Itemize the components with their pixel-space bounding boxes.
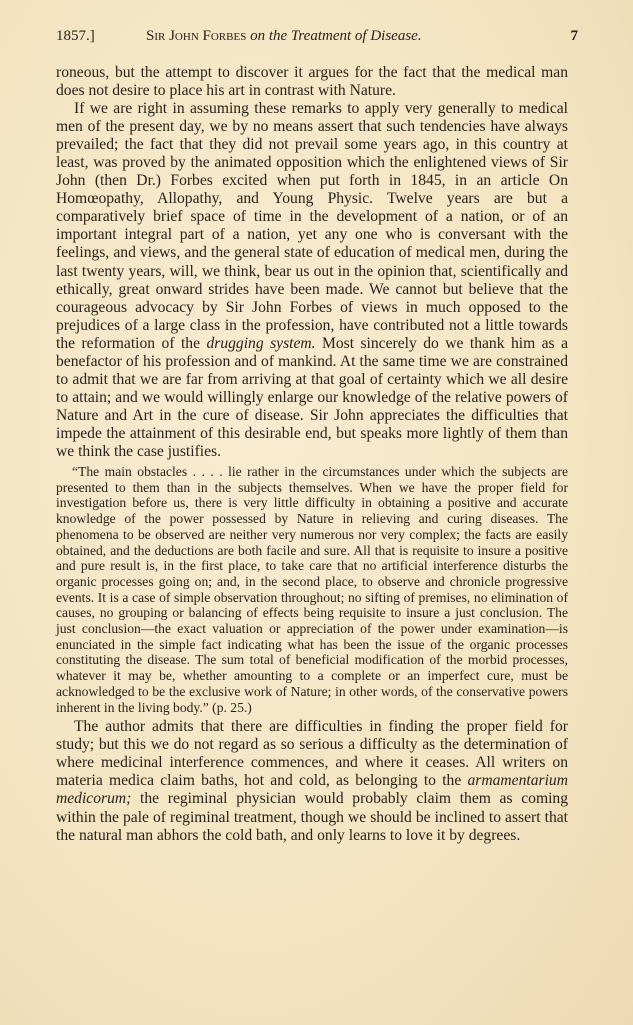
paragraph-1: roneous, but the attempt to discover it …: [56, 64, 568, 100]
paragraph-2-italic: drugging system.: [206, 335, 315, 352]
running-head: 1857.] Sir John Forbes on the Treatment …: [56, 28, 568, 52]
paragraph-2-rest: Most sincerely do we thank him as a bene…: [56, 335, 568, 460]
block-quote: “The main obstacles . . . . lie rather i…: [56, 464, 568, 715]
paragraph-2-text: If we are right in assuming these remark…: [56, 100, 568, 352]
paragraph-3-rest: the regiminal physician would probably c…: [56, 790, 568, 843]
book-page: 1857.] Sir John Forbes on the Treatment …: [56, 28, 568, 845]
page-number: 7: [571, 28, 579, 45]
running-head-year: 1857.]: [56, 28, 95, 45]
running-head-title: Sir John Forbes on the Treatment of Dise…: [146, 28, 422, 45]
title-author: Sir John Forbes: [146, 28, 246, 44]
title-subject: on the Treatment of Disease.: [246, 28, 421, 44]
body-text: roneous, but the attempt to discover it …: [56, 64, 568, 845]
paragraph-3: The author admits that there are difficu…: [56, 718, 568, 844]
quote-text: “The main obstacles . . . . lie rather i…: [56, 464, 568, 715]
paragraph-2: If we are right in assuming these remark…: [56, 100, 568, 461]
